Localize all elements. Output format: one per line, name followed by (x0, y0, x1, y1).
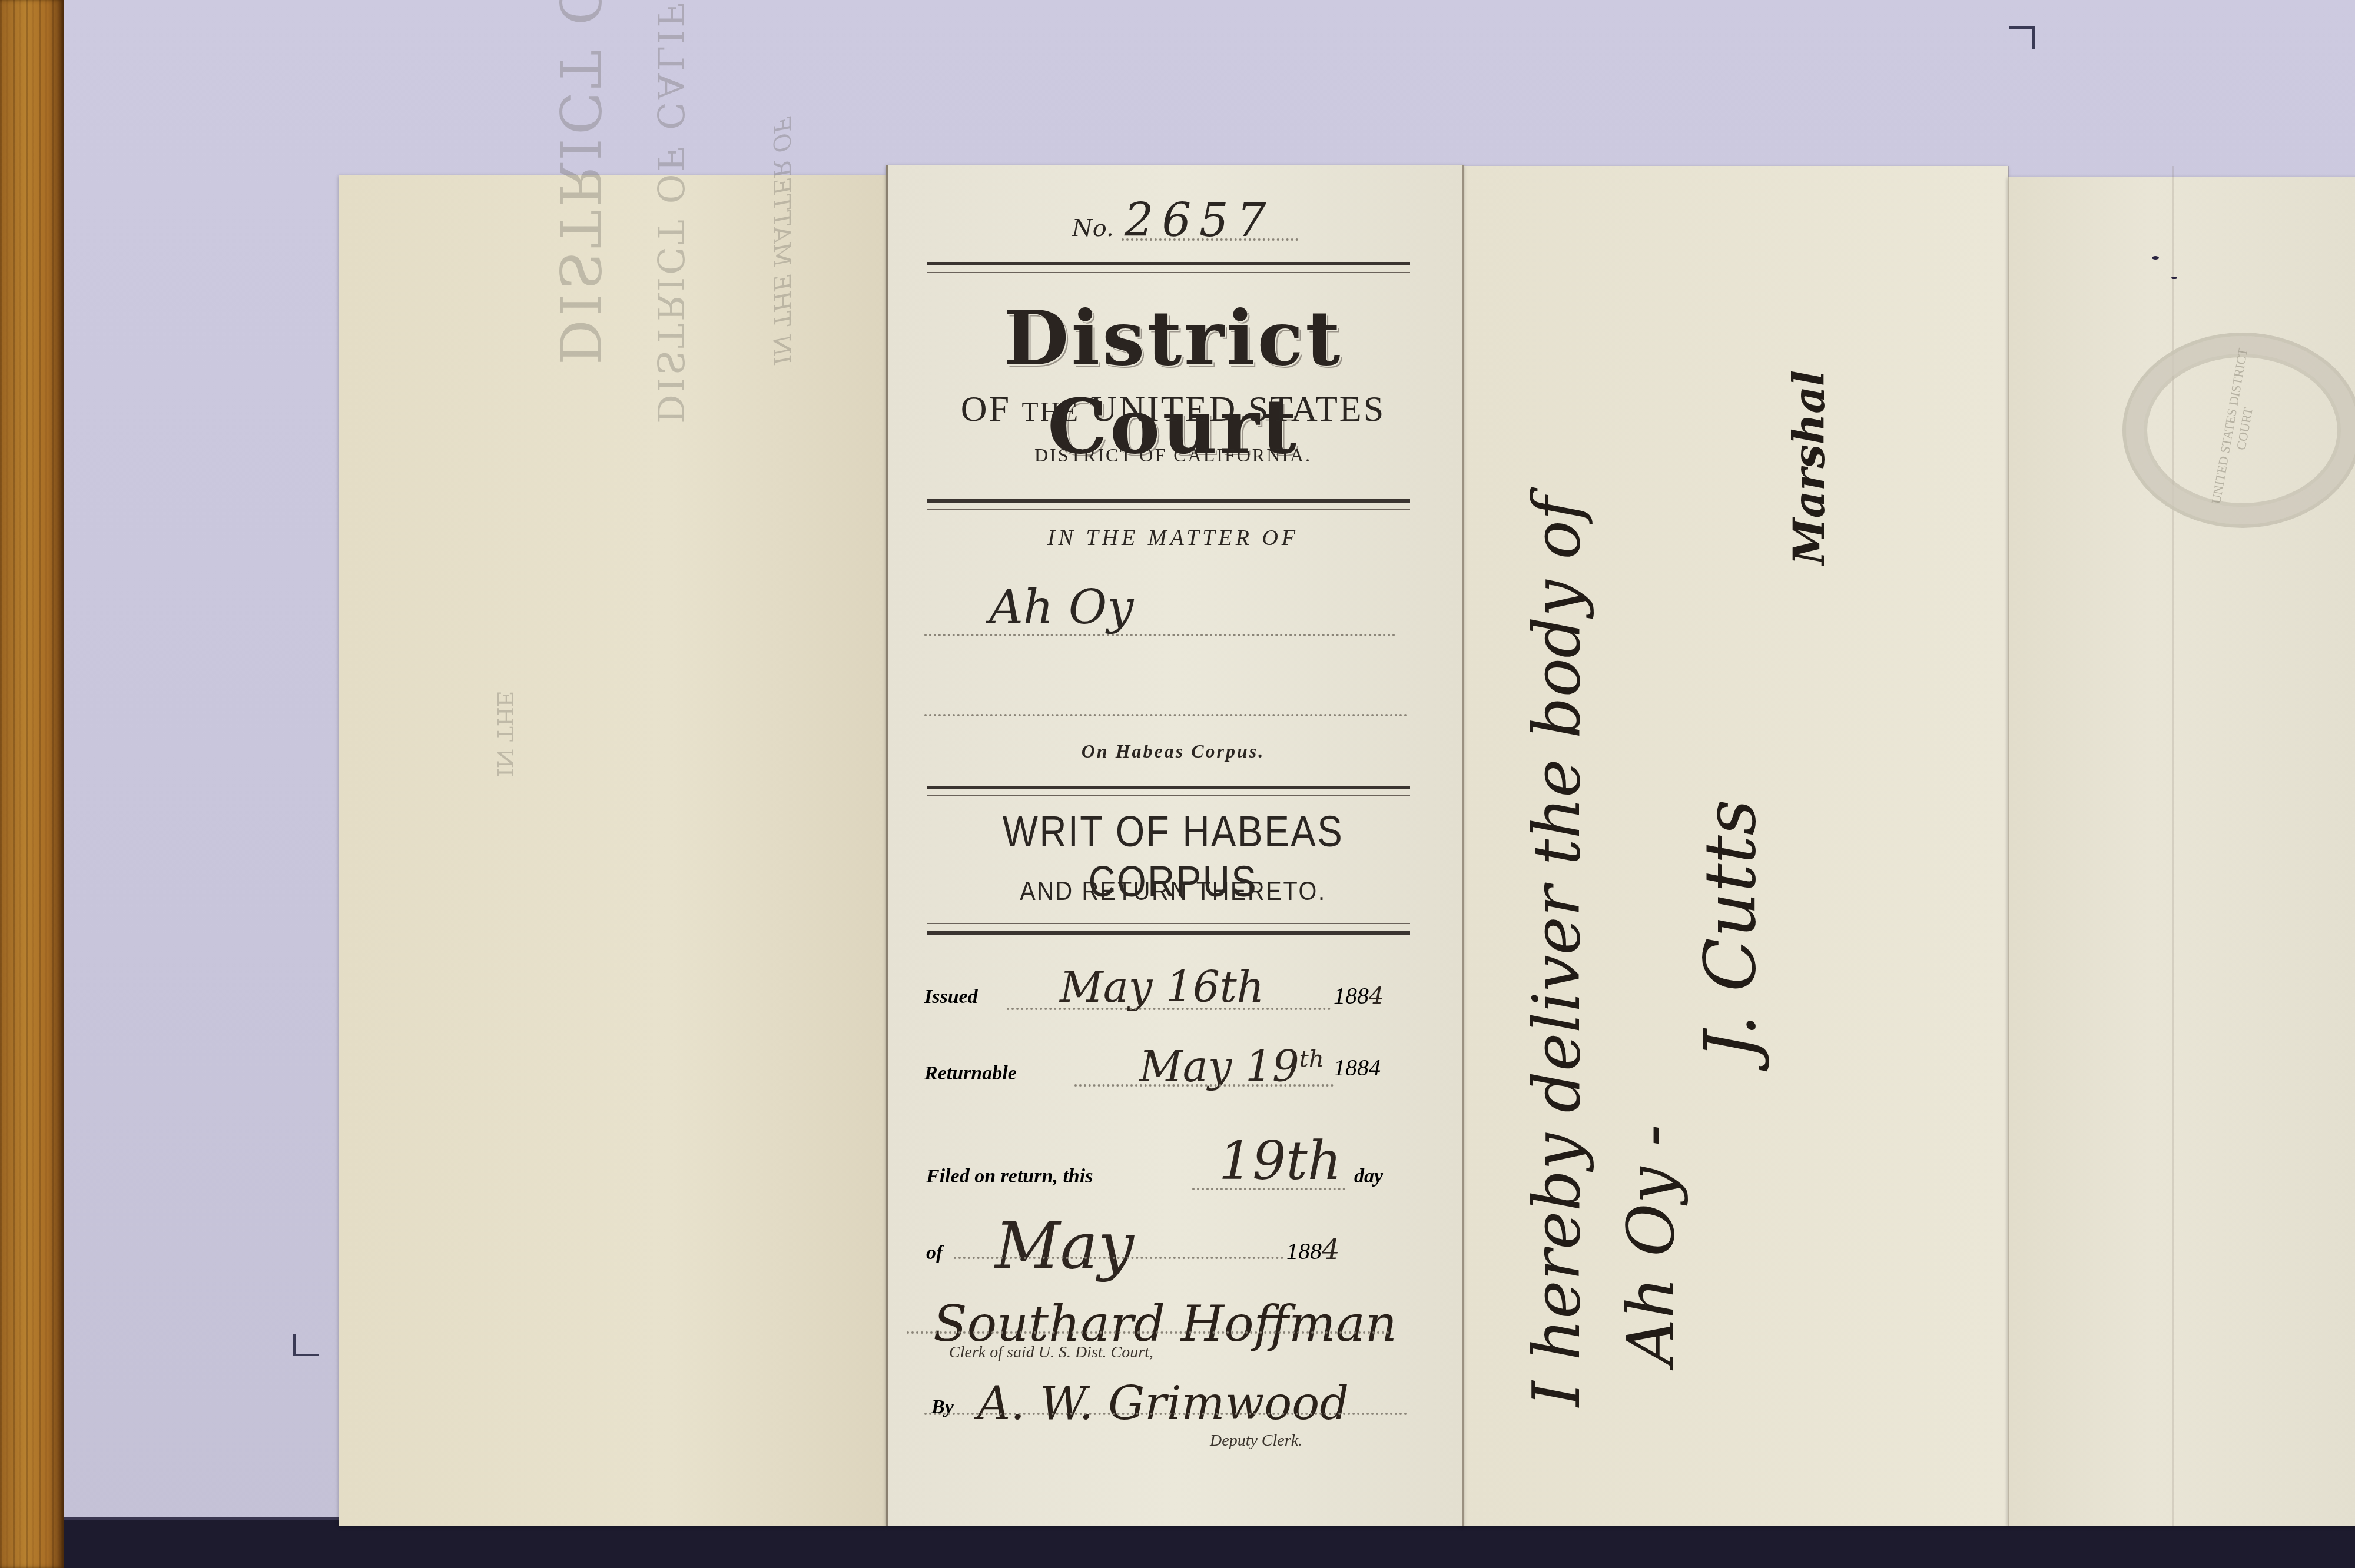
marshal-signature: J. Cutts (1690, 799, 1772, 1059)
filed-day: 19th (1219, 1130, 1342, 1192)
by-label: By (931, 1396, 954, 1418)
rule-mid (927, 499, 1410, 503)
filed-day-label: day (1354, 1165, 1383, 1188)
filed-year-hand: 4 (1322, 1233, 1340, 1266)
rule-writ-bottom-thin (927, 923, 1410, 924)
filed-month: May (995, 1210, 1134, 1283)
wooden-frame (0, 0, 64, 1568)
filed-year-printed: 188 (1286, 1238, 1322, 1264)
issued-year-hand: 4 (1369, 982, 1384, 1009)
filed-year: 1884 (1286, 1233, 1340, 1266)
ink-speck (2152, 256, 2159, 260)
corner-registration-mark (2009, 26, 2035, 49)
petitioner-name: Ah Oy (989, 580, 1134, 634)
subtitle-of: OF (961, 389, 1011, 429)
issued-dotted-line (1007, 1008, 1331, 1010)
showthrough-in-the: IN THE (492, 690, 518, 777)
corner-registration-mark (293, 1334, 319, 1356)
marshal-title: Marshal (1784, 370, 1834, 565)
deputy-dotted-line (924, 1413, 1407, 1415)
filed-month-dotted-line (954, 1257, 1283, 1259)
ink-speck (2171, 277, 2177, 279)
back-panel-left (339, 175, 886, 1526)
returnable-date-suffix: th (1299, 1045, 1324, 1072)
rule-mid-thin (927, 509, 1410, 510)
subtitle-united-states: UNITED STATES (1090, 389, 1385, 429)
rule-top (927, 262, 1410, 265)
showthrough-matter: IN THE MATTER OF (768, 117, 795, 365)
district-name: DISTRICT OF CALIFORNIA. (886, 444, 1460, 466)
clerk-caption: Clerk of said U. S. Dist. Court, (949, 1343, 1153, 1362)
fold-crease (2008, 166, 2009, 1526)
clerk-dotted-line (907, 1331, 1389, 1334)
petitioner-dotted-line (924, 634, 1395, 636)
issued-year-printed: 188 (1334, 982, 1369, 1009)
subtitle-the: THE (1022, 397, 1080, 427)
endorsement-line-1: I hereby deliver the body of (1519, 497, 1594, 1407)
returnable-year: 1884 (1334, 1054, 1381, 1081)
rule-writ-top (927, 786, 1410, 789)
showthrough-district: DISTRICT OF CALIFORNIA (649, 0, 692, 424)
showthrough-court-title: DISTRICT COURT OF THE UNITED STATES (546, 0, 612, 365)
endorsement-line-2: Ah Oy - (1613, 1124, 1689, 1366)
rule-writ-top-thin (927, 795, 1410, 796)
filed-day-dotted-line (1192, 1188, 1345, 1190)
deputy-signature: A. W. Grimwood (977, 1377, 1349, 1430)
case-number-label: No. (1072, 215, 1114, 242)
court-subtitle: OF THE UNITED STATES (886, 388, 1460, 430)
returnable-dotted-line (1074, 1084, 1334, 1087)
filed-of-label: of (926, 1242, 943, 1264)
issued-label: Issued (924, 986, 978, 1008)
returnable-label: Returnable (924, 1062, 1017, 1085)
deputy-caption: Deputy Clerk. (1210, 1431, 1302, 1450)
issued-date: May 16th (1060, 962, 1264, 1012)
filed-label: Filed on return, this (926, 1165, 1093, 1188)
issued-year: 1884 (1334, 982, 1384, 1009)
writ-subtitle: AND RETURN THERETO. (915, 877, 1432, 906)
petitioner-dotted-line-2 (924, 714, 1407, 716)
rule-writ-bottom (927, 931, 1410, 935)
proceeding-type: On Habeas Corpus. (886, 740, 1460, 762)
rule-top-thin (927, 272, 1410, 273)
matter-label: IN THE MATTER OF (886, 525, 1460, 551)
number-dotted-line (1122, 238, 1298, 241)
